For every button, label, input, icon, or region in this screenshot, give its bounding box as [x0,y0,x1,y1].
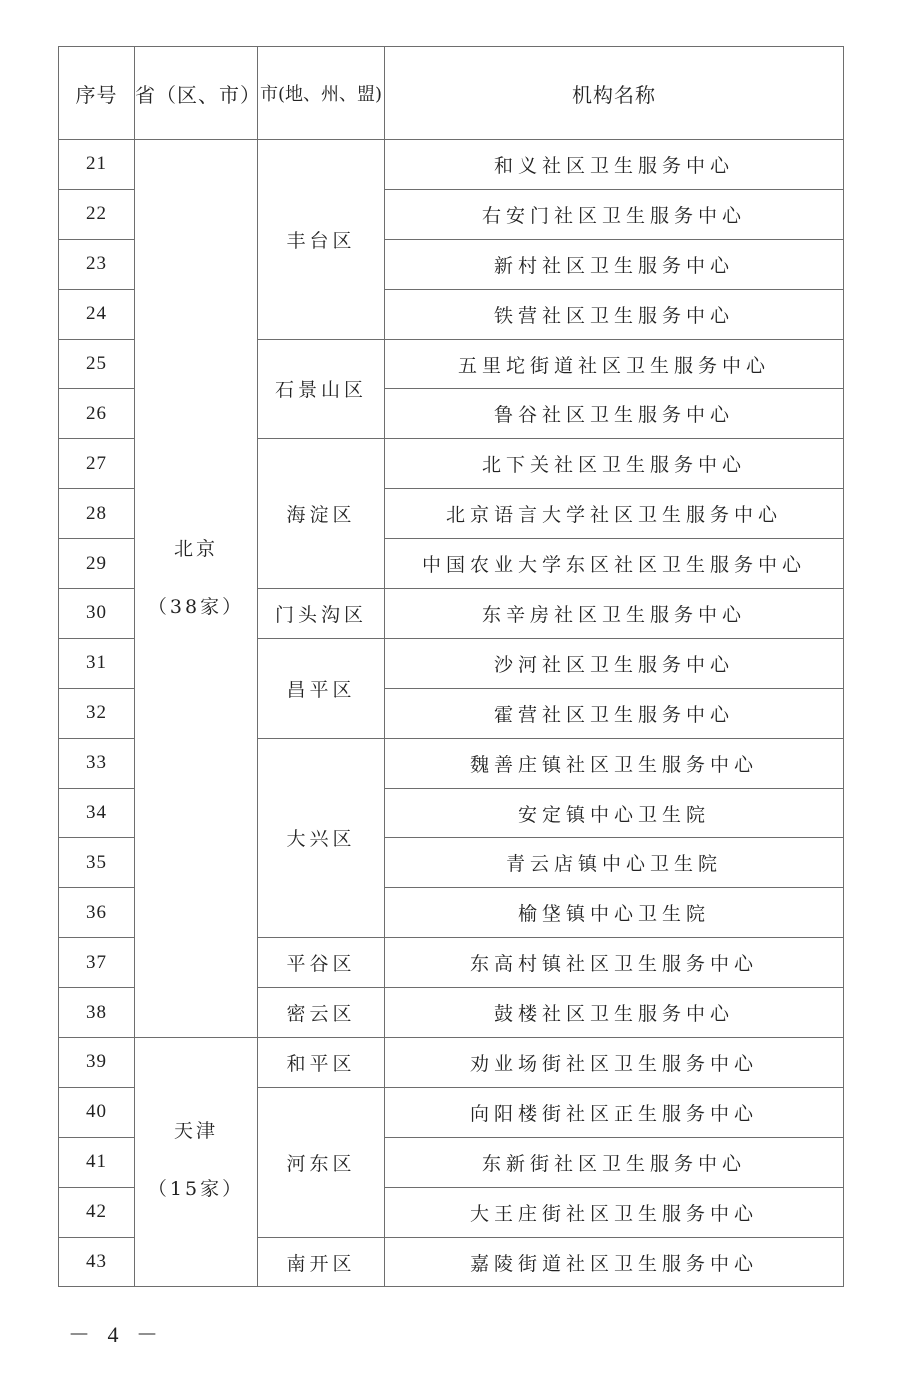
institution-name: 安定镇中心卫生院 [385,788,844,838]
serial-number: 35 [59,838,135,888]
serial-number: 21 [59,140,135,190]
province-cell-beijing: 北京 （38家） [135,140,258,1038]
header-city: 市(地、州、盟) [258,47,385,140]
institution-name: 向阳楼街社区正生服务中心 [385,1087,844,1137]
serial-number: 31 [59,638,135,688]
city-cell: 和平区 [258,1038,385,1088]
serial-number: 39 [59,1038,135,1088]
institution-name: 北京语言大学社区卫生服务中心 [385,489,844,539]
province-cell-tianjin: 天津 （15家） [135,1038,258,1287]
institution-name: 中国农业大学东区社区卫生服务中心 [385,539,844,589]
institution-name: 右安门社区卫生服务中心 [385,189,844,239]
city-cell: 昌平区 [258,638,385,738]
institution-name: 霍营社区卫生服务中心 [385,688,844,738]
institution-name: 大王庄街社区卫生服务中心 [385,1187,844,1237]
city-cell: 密云区 [258,988,385,1038]
institution-name: 五里坨街道社区卫生服务中心 [385,339,844,389]
serial-number: 36 [59,888,135,938]
serial-number: 41 [59,1137,135,1187]
serial-number: 23 [59,239,135,289]
institution-name: 魏善庄镇社区卫生服务中心 [385,738,844,788]
serial-number: 33 [59,738,135,788]
city-cell: 丰台区 [258,140,385,340]
serial-number: 37 [59,938,135,988]
page-number: － 4 － [68,1318,164,1349]
institution-table: 序号 省（区、市） 市(地、州、盟) 机构名称 21 北京 （38家） 丰台区 … [58,46,844,1287]
serial-number: 24 [59,289,135,339]
serial-number: 26 [59,389,135,439]
city-cell: 门头沟区 [258,589,385,639]
institution-name: 嘉陵街道社区卫生服务中心 [385,1237,844,1287]
serial-number: 40 [59,1087,135,1137]
city-cell: 南开区 [258,1237,385,1287]
institution-name: 沙河社区卫生服务中心 [385,638,844,688]
table-row: 21 北京 （38家） 丰台区 和义社区卫生服务中心 [59,140,844,190]
institution-name: 鲁谷社区卫生服务中心 [385,389,844,439]
serial-number: 29 [59,539,135,589]
city-cell: 平谷区 [258,938,385,988]
serial-number: 25 [59,339,135,389]
table-row: 39 天津 （15家） 和平区 劝业场街社区卫生服务中心 [59,1038,844,1088]
serial-number: 27 [59,439,135,489]
institution-name: 青云店镇中心卫生院 [385,838,844,888]
city-cell: 海淀区 [258,439,385,589]
institution-name: 劝业场街社区卫生服务中心 [385,1038,844,1088]
serial-number: 38 [59,988,135,1038]
header-province: 省（区、市） [135,47,258,140]
institution-name: 鼓楼社区卫生服务中心 [385,988,844,1038]
province-count: （38家） [135,578,257,636]
serial-number: 43 [59,1237,135,1287]
institution-name: 东新街社区卫生服务中心 [385,1137,844,1187]
table-header-row: 序号 省（区、市） 市(地、州、盟) 机构名称 [59,47,844,140]
institution-name: 东高村镇社区卫生服务中心 [385,938,844,988]
province-name: 北京 [135,520,257,578]
institution-name: 北下关社区卫生服务中心 [385,439,844,489]
province-count: （15家） [135,1160,257,1218]
serial-number: 34 [59,788,135,838]
institution-name: 新村社区卫生服务中心 [385,239,844,289]
institution-name: 榆垡镇中心卫生院 [385,888,844,938]
institution-name: 东辛房社区卫生服务中心 [385,589,844,639]
institution-name: 铁营社区卫生服务中心 [385,289,844,339]
serial-number: 30 [59,589,135,639]
province-name: 天津 [135,1102,257,1160]
header-serial-number: 序号 [59,47,135,140]
serial-number: 28 [59,489,135,539]
city-cell: 大兴区 [258,738,385,938]
city-cell: 河东区 [258,1087,385,1237]
serial-number: 22 [59,189,135,239]
serial-number: 42 [59,1187,135,1237]
city-cell: 石景山区 [258,339,385,439]
header-institution-name: 机构名称 [385,47,844,140]
serial-number: 32 [59,688,135,738]
institution-name: 和义社区卫生服务中心 [385,140,844,190]
